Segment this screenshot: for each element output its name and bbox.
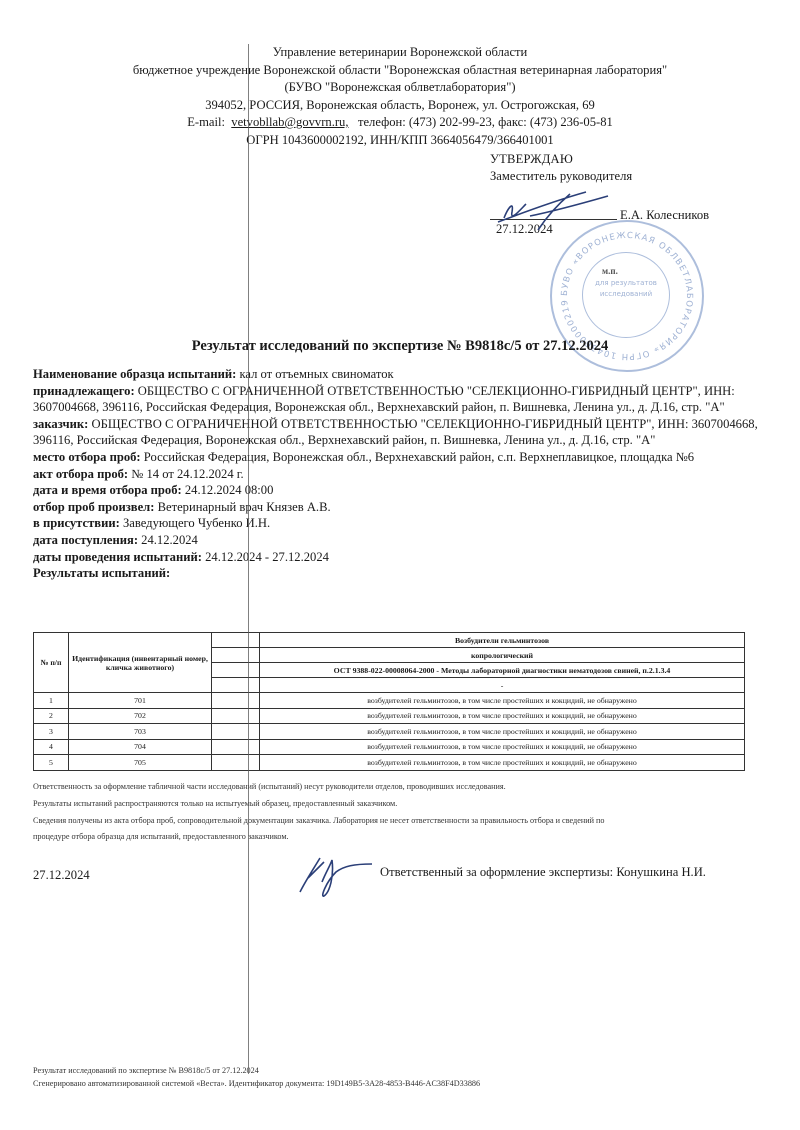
field-owner: принадлежащего: ОБЩЕСТВО С ОГРАНИЧЕННОЙ … [33,383,763,416]
letterhead-address: 394052, РОССИЯ, Воронежская область, Вор… [0,97,800,115]
col-header-group: Возбудители гельминтозов [260,633,745,648]
letterhead-short-name: (БУВО "Воронежская облветлаборатория") [0,79,800,97]
document-footer: Результат исследований по экспертизе № В… [33,1064,480,1090]
col-header-number: № п/п [34,633,69,693]
scan-artifact-line [248,44,249,1074]
col-header-method: ОСТ 9388-022-00008064-2000 - Методы лабо… [260,663,745,678]
note-source: Сведения получены из акта отбора проб, с… [33,813,763,830]
responsible-person: Ответственный за оформление экспертизы: … [380,865,706,880]
letterhead-ogrn: ОГРН 1043600002192, ИНН/КПП 3664056479/3… [0,132,800,150]
approval-block: УТВЕРЖДАЮ Заместитель руководителя Е.А. … [490,151,632,185]
footer-generated-id: Сгенерировано автоматизированной системо… [33,1077,480,1090]
results-table: № п/п Идентификация (инвентарный номер, … [33,632,745,771]
table-row: 4 704 возбудителей гельминтозов, в том ч… [34,739,745,755]
disclaimer-notes: Ответственность за оформление табличной … [33,779,763,846]
letterhead-contacts: E-mail: vetvobllab@govvrn.ru, телефон: (… [0,114,800,132]
field-sampling-place: место отбора проб: Российская Федерация,… [33,449,763,466]
field-test-dates: даты проведения испытаний: 24.12.2024 - … [33,549,763,566]
col-header-method-type: копрологический [260,648,745,663]
signoff-date: 27.12.2024 [33,868,90,883]
phone-fax: телефон: (473) 202-99-23, факс: (473) 23… [358,115,613,129]
footer-reference: Результат исследований по экспертизе № В… [33,1064,480,1077]
note-responsibility: Ответственность за оформление табличной … [33,779,763,796]
field-results-heading: Результаты испытаний: [33,565,763,582]
document-title: Результат исследований по экспертизе № В… [0,338,800,355]
field-sampling-datetime: дата и время отбора проб: 24.12.2024 08:… [33,482,763,499]
field-sample-name: Наименование образца испытаний: кал от о… [33,366,763,383]
field-in-presence: в присутствии: Заведующего Чубенко И.Н. [33,515,763,532]
sample-details: Наименование образца испытаний: кал от о… [33,366,763,582]
letterhead-authority: Управление ветеринарии Воронежской облас… [0,44,800,62]
approval-position: Заместитель руководителя [490,168,632,185]
letterhead-institution: бюджетное учреждение Воронежской области… [0,62,800,80]
col-header-units: - [260,678,745,693]
table-header-row: № п/п Идентификация (инвентарный номер, … [34,633,745,648]
approval-title: УТВЕРЖДАЮ [490,151,632,168]
note-scope: Результаты испытаний распространяются то… [33,796,763,813]
field-received-date: дата поступления: 24.12.2024 [33,532,763,549]
table-row: 2 702 возбудителей гельминтозов, в том ч… [34,708,745,724]
responsible-signature-icon [296,852,376,900]
stamp-center-text: для результатов исследований [588,278,664,300]
field-sampled-by: отбор проб произвел: Ветеринарный врач К… [33,499,763,516]
letterhead: Управление ветеринарии Воронежской облас… [0,44,800,149]
table-row: 5 705 возбудителей гельминтозов, в том ч… [34,755,745,771]
note-source-cont: процедуре отбора образца для испытаний, … [33,829,763,846]
field-sampling-act: акт отбора проб: № 14 от 24.12.2024 г. [33,466,763,483]
col-header-identification: Идентификация (инвентарный номер, кличка… [69,633,212,693]
table-row: 1 701 возбудителей гельминтозов, в том ч… [34,693,745,709]
email-label: E-mail: [187,115,225,129]
stamp-mp-label: м.п. [602,266,618,276]
document-page: Управление ветеринарии Воронежской облас… [0,0,800,1130]
table-row: 3 703 возбудителей гельминтозов, в том ч… [34,724,745,740]
field-customer: заказчик: ОБЩЕСТВО С ОГРАНИЧЕННОЙ ОТВЕТС… [33,416,763,449]
